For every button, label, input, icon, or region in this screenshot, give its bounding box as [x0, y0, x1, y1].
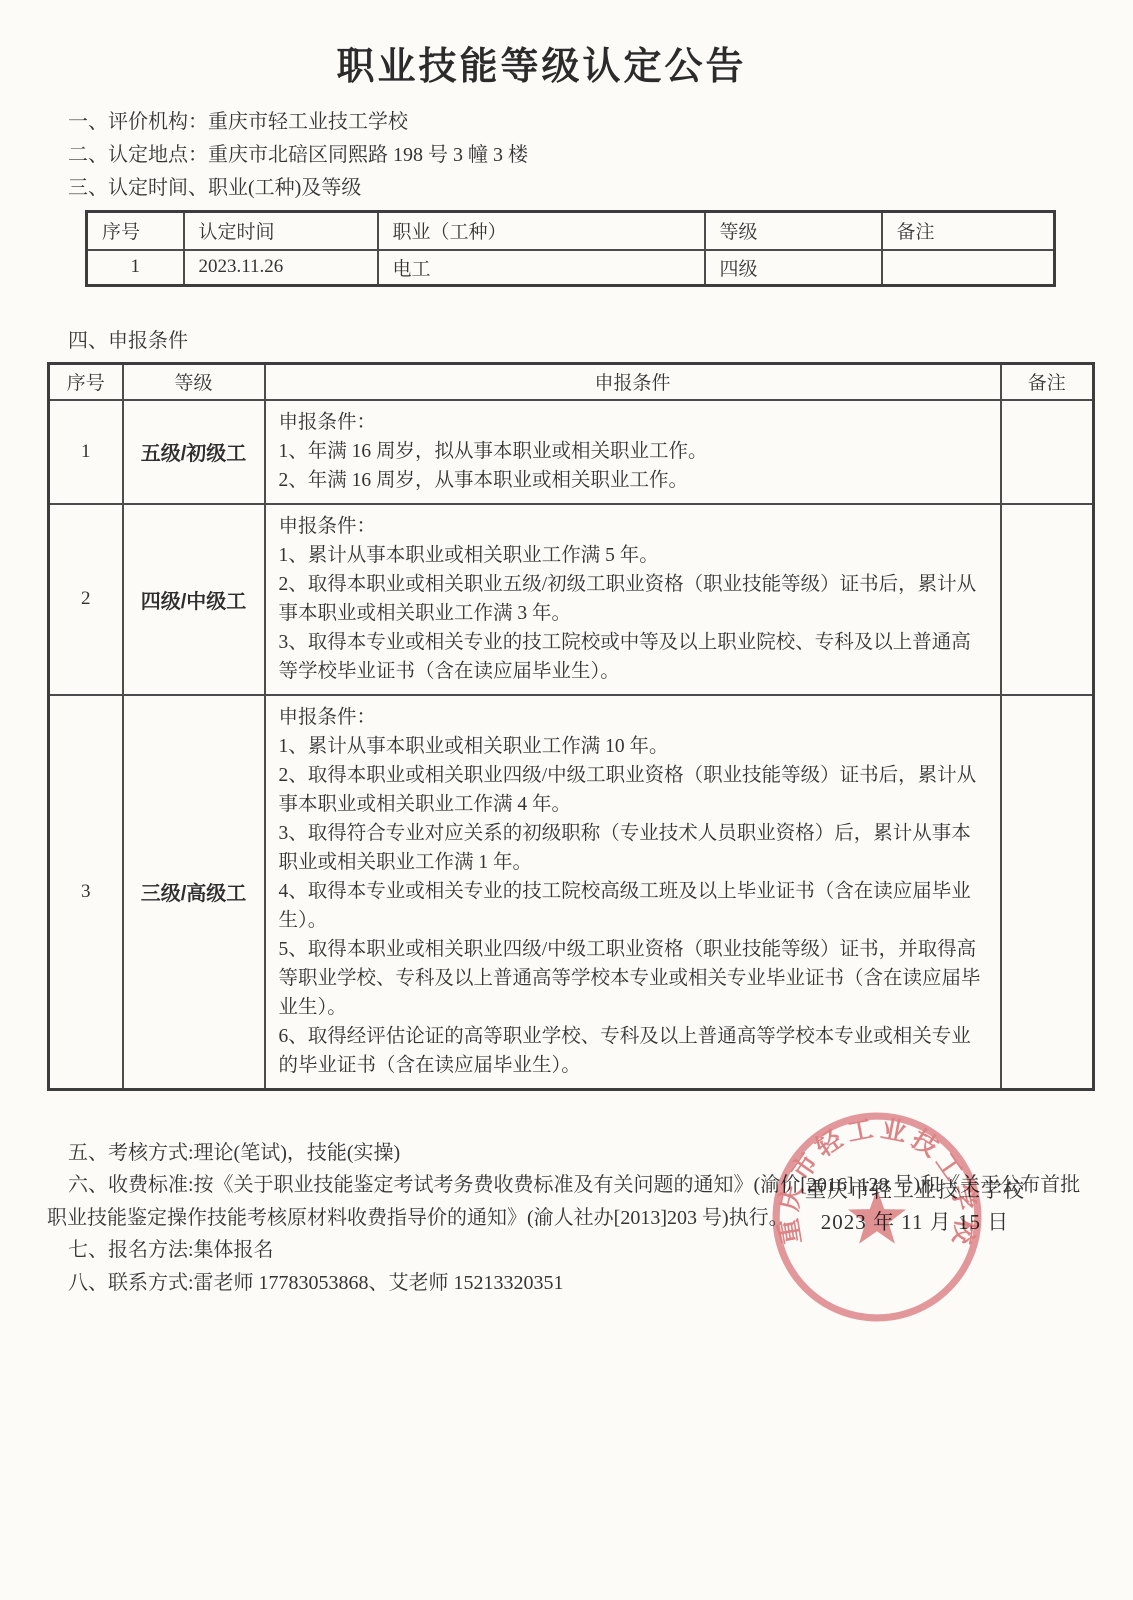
conditions-cell-level: 五级/初级工 [123, 400, 265, 504]
conditions-cell-index: 2 [49, 504, 123, 695]
conditions-cell-index: 1 [49, 400, 123, 504]
conditions-cell-text: 申报条件： 1、累计从事本职业或相关职业工作满 10 年。 2、取得本职业或相关… [265, 695, 1001, 1090]
conditions-header-conditions: 申报条件 [265, 364, 1001, 400]
condition-item: 2、取得本职业或相关职业四级/中级工职业资格（职业技能等级）证书后，累计从事本职… [279, 761, 986, 819]
schedule-table: 序号 认定时间 职业（工种） 等级 备注 1 2023.11.26 电工 四级 [85, 210, 1056, 287]
schedule-cell-level: 四级 [705, 250, 882, 286]
section-evaluator: 一、评价机构：重庆市轻工业技工学校 [47, 106, 1092, 139]
table-row: 2 四级/中级工 申报条件： 1、累计从事本职业或相关职业工作满 5 年。 2、… [49, 504, 1094, 695]
section-registration: 七、报名方法:集体报名 [47, 1234, 1092, 1267]
schedule-header-row: 序号 认定时间 职业（工种） 等级 备注 [87, 212, 1055, 250]
conditions-header-level: 等级 [123, 364, 265, 400]
condition-item: 2、年满 16 周岁，从事本职业或相关职业工作。 [279, 466, 986, 495]
conditions-cell-level: 三级/高级工 [123, 695, 265, 1090]
document-page: 职业技能等级认定公告 一、评价机构：重庆市轻工业技工学校 二、认定地点：重庆市北… [0, 0, 1133, 1600]
conditions-cell-index: 3 [49, 695, 123, 1090]
conditions-cell-text: 申报条件： 1、累计从事本职业或相关职业工作满 5 年。 2、取得本职业或相关职… [265, 504, 1001, 695]
schedule-cell-date: 2023.11.26 [184, 250, 378, 286]
schedule-cell-occupation: 电工 [378, 250, 705, 286]
schedule-cell-index: 1 [87, 250, 184, 286]
table-row: 1 2023.11.26 电工 四级 [87, 250, 1055, 286]
schedule-header-date: 认定时间 [184, 212, 378, 250]
condition-item: 1、累计从事本职业或相关职业工作满 5 年。 [279, 541, 986, 570]
condition-item: 2、取得本职业或相关职业五级/初级工职业资格（职业技能等级）证书后，累计从事本职… [279, 570, 986, 628]
signature-block: 重庆市轻工业技工学校 2023 年 11 月 15 日 [805, 1174, 1025, 1238]
section-location: 二、认定地点：重庆市北碚区同熙路 198 号 3 幢 3 楼 [47, 139, 1092, 172]
schedule-header-remark: 备注 [882, 212, 1055, 250]
conditions-intro: 申报条件： [279, 703, 986, 732]
page-title: 职业技能等级认定公告 [19, 44, 1064, 90]
signature-organization: 重庆市轻工业技工学校 [805, 1174, 1025, 1206]
conditions-table: 序号 等级 申报条件 备注 1 五级/初级工 申报条件： 1、年满 16 周岁，… [47, 362, 1095, 1091]
schedule-cell-remark [882, 250, 1055, 286]
section-contact: 八、联系方式:雷老师 17783053868、艾老师 15213320351 [47, 1267, 1092, 1300]
table-row: 1 五级/初级工 申报条件： 1、年满 16 周岁，拟从事本职业或相关职业工作。… [49, 400, 1094, 504]
condition-item: 6、取得经评估论证的高等职业学校、专科及以上普通高等学校本专业或相关专业的毕业证… [279, 1022, 986, 1080]
conditions-cell-remark [1001, 400, 1094, 504]
condition-item: 1、年满 16 周岁，拟从事本职业或相关职业工作。 [279, 437, 986, 466]
schedule-header-index: 序号 [87, 212, 184, 250]
conditions-cell-level: 四级/中级工 [123, 504, 265, 695]
section-conditions-heading: 四、申报条件 [47, 325, 1092, 358]
condition-item: 5、取得本职业或相关职业四级/中级工职业资格（职业技能等级）证书，并取得高等职业… [279, 935, 986, 1022]
schedule-header-level: 等级 [705, 212, 882, 250]
condition-item: 3、取得本专业或相关专业的技工院校或中等及以上职业院校、专科及以上普通高等学校毕… [279, 628, 986, 686]
conditions-header-row: 序号 等级 申报条件 备注 [49, 364, 1094, 400]
condition-item: 3、取得符合专业对应关系的初级职称（专业技术人员职业资格）后，累计从事本职业或相… [279, 819, 986, 877]
table-row: 3 三级/高级工 申报条件： 1、累计从事本职业或相关职业工作满 10 年。 2… [49, 695, 1094, 1090]
signature-date: 2023 年 11 月 15 日 [805, 1206, 1025, 1238]
conditions-intro: 申报条件： [279, 512, 986, 541]
schedule-header-occupation: 职业（工种） [378, 212, 705, 250]
conditions-cell-text: 申报条件： 1、年满 16 周岁，拟从事本职业或相关职业工作。 2、年满 16 … [265, 400, 1001, 504]
conditions-cell-remark [1001, 504, 1094, 695]
condition-item: 4、取得本专业或相关专业的技工院校高级工班及以上毕业证书（含在读应届毕业生）。 [279, 877, 986, 935]
conditions-cell-remark [1001, 695, 1094, 1090]
conditions-header-remark: 备注 [1001, 364, 1094, 400]
section-schedule-heading: 三、认定时间、职业(工种)及等级 [47, 172, 1092, 205]
section-exam-method: 五、考核方式:理论(笔试)，技能(实操) [47, 1137, 1092, 1170]
conditions-intro: 申报条件： [279, 408, 986, 437]
conditions-header-index: 序号 [49, 364, 123, 400]
condition-item: 1、累计从事本职业或相关职业工作满 10 年。 [279, 732, 986, 761]
